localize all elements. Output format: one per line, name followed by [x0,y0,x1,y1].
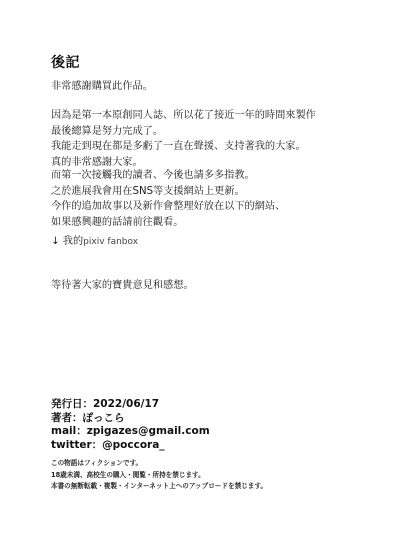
text-line: 而第一次接觸我的讀者、今後也請多多指教。 [51,168,285,184]
notice-line: この物語はフィクションです。 [51,458,267,470]
text-line: 今作的追加故事以及新作會整理好放在以下的網站、 [51,199,285,215]
paragraph-thanks: 非常感謝購買此作品。 [51,79,153,95]
paragraph-new-readers: 而第一次接觸我的讀者、今後也請多多指教。 之於進展我會用在SNS等支援網站上更新… [51,168,285,230]
mail-address: mail：zpigazes@gmail.com [51,425,210,439]
text-line: 因為是第一本原創同人誌、所以花了接近一年的時間來製作 [51,108,316,124]
text-line: 最後總算是努力完成了。 [51,124,316,140]
author: 著者：ぽっこら [51,412,210,426]
down-arrow-icon: ↓ [51,236,60,247]
afterword-page: 後記 非常感謝購買此作品。 因為是第一本原創同人誌、所以花了接近一年的時間來製作… [0,0,400,556]
text-line: 如果感興趣的話請前往觀看。 [51,215,285,231]
notice-line: 本書の無断転載・複製・インターネット上へのアップロードを禁じます。 [51,481,267,493]
fanbox-pointer: ↓ 我的pixiv fanbox [51,234,138,251]
paragraph-gratitude: 因為是第一本原創同人誌、所以花了接近一年的時間來製作 最後總算是努力完成了。 我… [51,108,316,170]
fanbox-prefix: 我的 [63,236,83,247]
fanbox-link-text: pixiv fanbox [83,237,138,247]
text-line: 我能走到現在都是多虧了一直在聲援、支持著我的大家。 [51,139,316,155]
text-line: 非常感謝購買此作品。 [51,79,153,95]
twitter-handle: twitter：@poccora_ [51,439,210,453]
paragraph-closing: 等待著大家的寶貴意見和感想。 [51,278,194,294]
colophon: 発行日：2022/06/17 著者：ぽっこら mail：zpigazes@gma… [51,398,210,452]
page-title: 後記 [51,52,80,72]
legal-notice: この物語はフィクションです。 18歳未満、高校生の購入・閲覧・所持を禁じます。 … [51,458,267,493]
publish-date: 発行日：2022/06/17 [51,398,210,412]
text-line: 等待著大家的寶貴意見和感想。 [51,278,194,294]
text-line: 之於進展我會用在SNS等支援網站上更新。 [51,184,285,200]
notice-line: 18歳未満、高校生の購入・閲覧・所持を禁じます。 [51,470,267,482]
